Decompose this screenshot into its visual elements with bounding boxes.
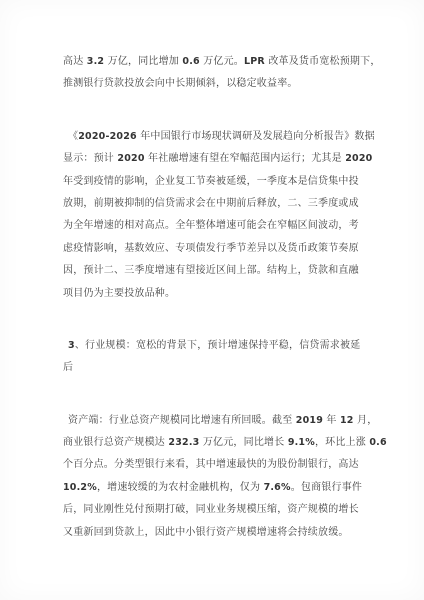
paragraph: 3、行业规模：宽松的背景下，预计增速保持平稳，信贷需求被延后 <box>63 335 365 380</box>
text-line: 推测银行贷款投放会向中长期倾斜，以稳定收益率。 <box>63 73 365 95</box>
text-line: 商业银行总资产规模达 232.3 万亿元，同比增长 9.1%，环比上涨 0.6 <box>63 432 365 454</box>
text-line: 《2020-2026 年中国银行市场现状调研及发展趋向分析报告》数据 <box>63 126 365 148</box>
text-line: 后，同业刚性兑付预期打破，同业业务规模压缩，资产规模的增长 <box>63 499 365 521</box>
document-body: 高达 3.2 万亿，同比增加 0.6 万亿元。LPR 改革及货币宽松预期下，推测… <box>63 51 365 544</box>
text-line: 为全年增速的相对高点。全年整体增速可能会在窄幅区间波动，考 <box>63 215 365 237</box>
paragraph: 高达 3.2 万亿，同比增加 0.6 万亿元。LPR 改革及货币宽松预期下，推测… <box>63 51 365 96</box>
text-line: 又重新回到贷款上，因此中小银行资产规模增速将会持续放缓。 <box>63 522 365 544</box>
paragraph: 资产端：行业总资产规模同比增速有所回暖。截至 2019 年 12 月，商业银行总… <box>63 410 365 544</box>
paragraph: 《2020-2026 年中国银行市场现状调研及发展趋向分析报告》数据显示：预计 … <box>63 126 365 305</box>
text-line: 3、行业规模：宽松的背景下，预计增速保持平稳，信贷需求被延 <box>63 335 365 357</box>
text-line: 项目仍为主要投放品种。 <box>63 283 365 305</box>
text-line: 10.2%，增速较缓的为农村金融机构，仅为 7.6%。包商银行事件 <box>63 477 365 499</box>
text-line: 虑疫情影响，基数效应、专项债发行季节差异以及货币政策节奏原 <box>63 238 365 260</box>
document-page: 高达 3.2 万亿，同比增加 0.6 万亿元。LPR 改革及货币宽松预期下，推测… <box>0 0 424 600</box>
text-line: 高达 3.2 万亿，同比增加 0.6 万亿元。LPR 改革及货币宽松预期下， <box>63 51 365 73</box>
text-line: 后 <box>63 357 365 379</box>
text-line: 因，预计二、三季度增速有望接近区间上部。结构上，贷款和直融 <box>63 260 365 282</box>
text-line: 放期，前期被抑制的信贷需求会在中期前后释放，二、三季度或成 <box>63 193 365 215</box>
text-line: 年受到疫情的影响，企业复工节奏被延缓，一季度本是信贷集中投 <box>63 171 365 193</box>
text-line: 资产端：行业总资产规模同比增速有所回暖。截至 2019 年 12 月， <box>63 410 365 432</box>
text-line: 显示：预计 2020 年社融增速有望在窄幅范围内运行；尤其是 2020 <box>63 148 365 170</box>
text-line: 个百分点。分类型银行来看，其中增速最快的为股份制银行，高达 <box>63 454 365 476</box>
